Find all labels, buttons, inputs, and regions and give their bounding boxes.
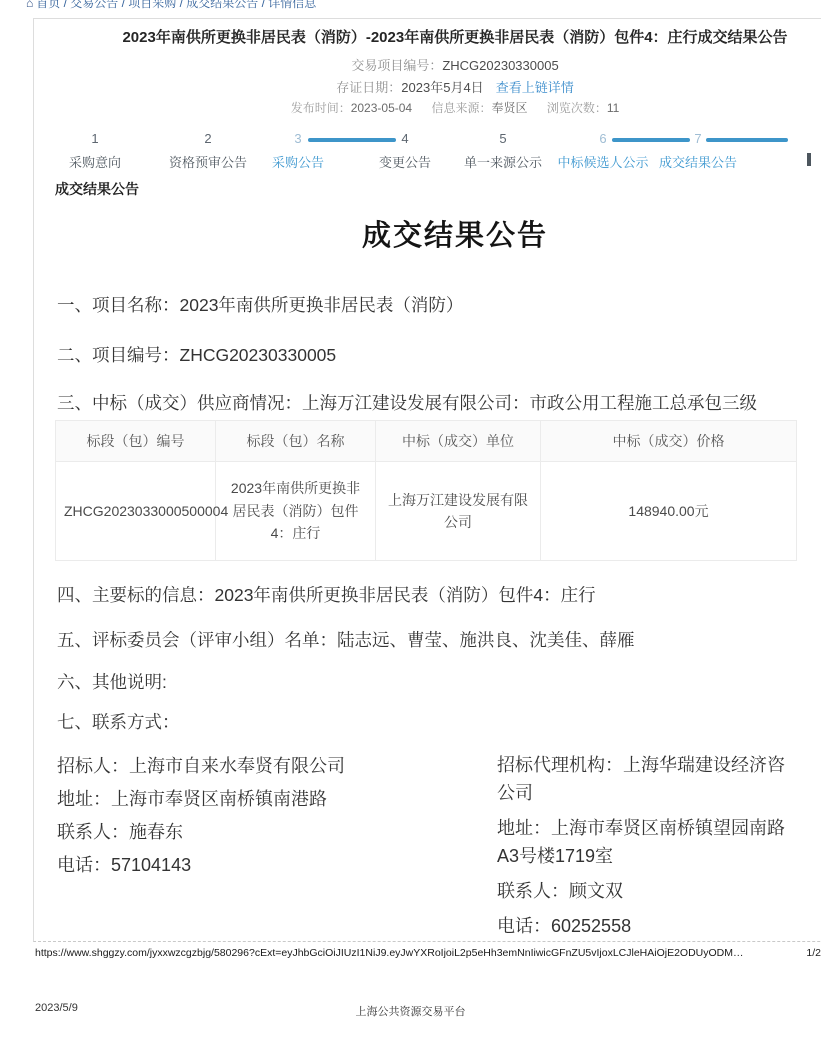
cert-date-value: 2023年5月4日 xyxy=(401,80,483,95)
step-connector xyxy=(612,138,690,142)
source-label: 信息来源： xyxy=(431,101,491,115)
cell-price: 148940.00元 xyxy=(541,462,797,561)
clipped-step-fragment xyxy=(807,153,811,166)
step-number: 1 xyxy=(40,128,150,150)
step-connector xyxy=(308,138,396,142)
item-subject-info: 四、主要标的信息：2023年南供所更换非居民表（消防）包件4：庄行 xyxy=(57,582,817,607)
table-header-row: 标段（包）编号 标段（包）名称 中标（成交）单位 中标（成交）价格 xyxy=(56,421,797,462)
breadcrumb-text: 首页 / 交易公告 / 项目采购 / 成交结果公告 / 详情信息 xyxy=(36,0,316,10)
step-label: 采购公告 xyxy=(243,152,353,171)
tenderer-phone: 电话：57104143 xyxy=(57,849,477,882)
step-single-source: 5单一来源公示 xyxy=(448,128,558,171)
cell-lot-number: ZHCG2023033000500004 xyxy=(56,462,216,561)
views-value: 11 xyxy=(607,101,619,115)
step-candidate-notice[interactable]: 6中标候选人公示 xyxy=(548,128,658,171)
step-number: 5 xyxy=(448,128,558,150)
col-header-winner: 中标（成交）单位 xyxy=(376,421,541,462)
step-purchase-intent: 1采购意向 xyxy=(40,128,150,171)
breadcrumb[interactable]: ⌂首页 / 交易公告 / 项目采购 / 成交结果公告 / 详情信息 xyxy=(26,0,316,11)
col-header-lot-name: 标段（包）名称 xyxy=(216,421,376,462)
step-result-notice[interactable]: 7成交结果公告 xyxy=(643,128,753,171)
item-project-number: 二、项目编号：ZHCG20230330005 xyxy=(57,342,817,367)
item-other-notes: 六、其他说明: xyxy=(57,669,817,694)
cert-date-row: 存证日期：2023年5月4日查看上链详情 xyxy=(40,77,821,96)
tenderer-person: 联系人：施春东 xyxy=(57,816,477,849)
agency-address-line1: 地址：上海市奉贤区南桥镇望园南路 xyxy=(497,814,821,842)
view-chain-link[interactable]: 查看上链详情 xyxy=(496,80,574,95)
print-url-bar: https://www.shggzy.com/jyxxwzcgzbjg/5802… xyxy=(35,947,821,959)
step-label: 成交结果公告 xyxy=(643,152,753,171)
source-value: 奉贤区 xyxy=(491,101,527,115)
tenderer-address: 地址：上海市奉贤区南桥镇南港路 xyxy=(57,783,477,816)
project-number-row: 交易项目编号：ZHCG20230330005 xyxy=(40,55,821,74)
step-change-notice: 4变更公告 xyxy=(350,128,460,171)
publish-info-row: 发布时间：2023-05-04 信息来源：奉贤区 浏览次数：11 xyxy=(40,99,821,116)
step-label: 单一来源公示 xyxy=(448,152,558,171)
agency-name-line1: 招标代理机构：上海华瑞建设经济咨 xyxy=(497,751,821,779)
item-project-name: 一、项目名称：2023年南供所更换非居民表（消防） xyxy=(57,292,817,317)
step-label: 采购意向 xyxy=(40,152,150,171)
tenderer-contact-block: 招标人：上海市自来水奉贤有限公司 地址：上海市奉贤区南桥镇南港路 联系人：施春东… xyxy=(57,750,477,882)
source-url: https://www.shggzy.com/jyxxwzcgzbjg/5802… xyxy=(35,947,744,959)
item-supplier-info: 三、中标（成交）供应商情况：上海万江建设发展有限公司：市政公用工程施工总承包三级 xyxy=(57,390,817,415)
project-number-label: 交易项目编号： xyxy=(351,58,442,73)
col-header-lot-number: 标段（包）编号 xyxy=(56,421,216,462)
table-row: ZHCG2023033000500004 2023年南供所更换非居民表（消防）包… xyxy=(56,462,797,561)
step-connector xyxy=(706,138,788,142)
site-name: 上海公共资源交易平台 xyxy=(0,1003,821,1019)
project-number-value: ZHCG20230330005 xyxy=(442,58,558,73)
tenderer-name: 招标人：上海市自来水奉贤有限公司 xyxy=(57,750,477,783)
publish-time-value: 2023-05-04 xyxy=(351,101,412,115)
cert-date-label: 存证日期： xyxy=(336,80,401,95)
agency-contact-block: 招标代理机构：上海华瑞建设经济咨 公司 地址：上海市奉贤区南桥镇望园南路 A3号… xyxy=(497,751,821,940)
step-label: 变更公告 xyxy=(350,152,460,171)
agency-name-line2: 公司 xyxy=(497,779,821,807)
item-committee-list: 五、评标委员会（评审小组）名单：陆志远、曹莹、施洪良、沈美佳、薛雁 xyxy=(57,627,817,652)
cell-winner: 上海万江建设发展有限公司 xyxy=(376,462,541,561)
page-title: 2023年南供所更换非居民表（消防）-2023年南供所更换非居民表（消防）包件4… xyxy=(40,26,821,47)
agency-person: 联系人：顾文双 xyxy=(497,877,821,905)
col-header-price: 中标（成交）价格 xyxy=(541,421,797,462)
views-label: 浏览次数： xyxy=(547,101,607,115)
step-procurement-notice[interactable]: 3采购公告 xyxy=(243,128,353,171)
section-label: 成交结果公告 xyxy=(55,179,139,199)
page-indicator: 1/2 xyxy=(806,947,821,959)
item-contact-info: 七、联系方式： xyxy=(57,709,817,734)
publish-time-label: 发布时间： xyxy=(291,101,351,115)
agency-phone: 电话：60252558 xyxy=(497,912,821,940)
announcement-title: 成交结果公告 xyxy=(40,213,821,254)
agency-address-line2: A3号楼1719室 xyxy=(497,842,821,870)
award-result-table: 标段（包）编号 标段（包）名称 中标（成交）单位 中标（成交）价格 ZHCG20… xyxy=(55,420,797,561)
step-label: 中标候选人公示 xyxy=(548,152,658,171)
home-icon: ⌂ xyxy=(26,0,33,10)
cell-lot-name: 2023年南供所更换非居民表（消防）包件4：庄行 xyxy=(216,462,376,561)
print-page: ⌂首页 / 交易公告 / 项目采购 / 成交结果公告 / 详情信息 2023年南… xyxy=(0,0,821,1040)
